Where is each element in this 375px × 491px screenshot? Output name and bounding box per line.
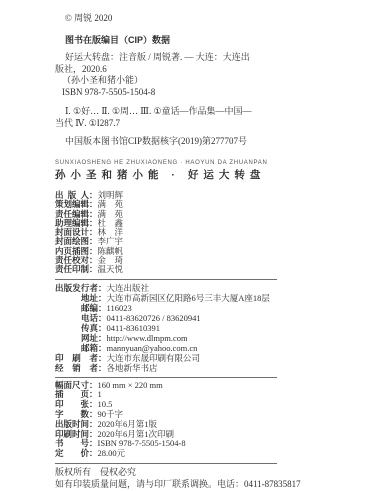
publisher-value: 0411-83620726 / 83620941 bbox=[107, 313, 201, 323]
publisher-label: 地址 bbox=[55, 293, 98, 303]
spec-value: ISBN 978-7-5505-1504-8 bbox=[98, 438, 186, 448]
label-colon: ： bbox=[89, 448, 98, 458]
notice-line2: 如有印装质量问题，请与印厂联系调换。电话：0411-87835817 bbox=[55, 479, 357, 491]
label-colon: ： bbox=[98, 283, 107, 293]
publisher-row: 邮箱：mannyuan@yahoo.com.cn bbox=[55, 343, 357, 353]
publisher-value: 大连市高新园区亿阳路6号三丰大厦A座18层 bbox=[107, 293, 270, 303]
publisher-row: 印刷者：大连市东晟印刷有限公司 bbox=[55, 353, 357, 363]
publisher-value: mannyuan@yahoo.com.cn bbox=[107, 343, 198, 353]
divider-rule bbox=[55, 377, 277, 378]
spec-value: 28.00元 bbox=[98, 448, 126, 458]
publisher-row: 邮编：116023 bbox=[55, 303, 357, 313]
staff-value: 温天悦 bbox=[98, 264, 124, 274]
publisher-label: 经销者 bbox=[55, 363, 98, 373]
book-title-pinyin: SUNXIAOSHENG HE ZHUXIAONENG · HAOYUN DA … bbox=[55, 159, 357, 167]
label-colon: ： bbox=[89, 264, 98, 274]
publisher-label: 传真 bbox=[55, 323, 98, 333]
label-colon: ： bbox=[89, 429, 98, 439]
publisher-row: 出版发行者：大连出版社 bbox=[55, 283, 357, 293]
cip-entry-line1: 好运大转盘：注音版 / 周锐著. — 大连：大连出 bbox=[65, 52, 357, 64]
spec-value: 1 bbox=[98, 389, 102, 399]
publisher-label: 电话 bbox=[55, 313, 98, 323]
copyright-page: © 周锐 2020 图书在版编目（CIP）数据 好运大转盘：注音版 / 周锐著.… bbox=[0, 0, 375, 490]
publisher-list: 出版发行者：大连出版社 地址：大连市高新园区亿阳路6号三丰大厦A座18层 邮编：… bbox=[55, 283, 357, 373]
specs-list: 幅面尺寸：160 mm × 220 mm 插页：1 印张：10.5 字数：90千… bbox=[55, 381, 357, 459]
label-colon: ： bbox=[89, 380, 98, 390]
cip-heading: 图书在版编目（CIP）数据 bbox=[65, 34, 357, 46]
publisher-value: 各地新华书店 bbox=[107, 363, 158, 373]
copyright-line: © 周锐 2020 bbox=[65, 12, 357, 24]
spec-label: 定价 bbox=[55, 449, 89, 459]
label-colon: ： bbox=[98, 363, 107, 373]
label-colon: ： bbox=[98, 343, 107, 353]
publisher-label: 出版发行者 bbox=[55, 283, 98, 293]
divider-rule bbox=[55, 279, 277, 280]
cip-entry-line2: 版社，2020.6 bbox=[55, 64, 357, 76]
publisher-value: 0411-83610391 bbox=[107, 323, 161, 333]
publisher-value: 大连出版社 bbox=[107, 283, 150, 293]
book-title-block: SUNXIAOSHENG HE ZHUXIAONENG · HAOYUN DA … bbox=[55, 159, 357, 182]
staff-list: 出版人：刘明辉 策划编辑：满 苑 责任编辑：满 苑 助理编辑：杜 鑫 封面设计：… bbox=[55, 191, 357, 275]
cip-classification-line1: Ⅰ. ①好… Ⅱ. ①周… Ⅲ. ①童话—作品集—中国— bbox=[65, 106, 357, 118]
staff-label: 责任印制 bbox=[55, 265, 89, 274]
publisher-value: 116023 bbox=[107, 303, 132, 313]
book-title-chinese: 孙小圣和猪小能 · 好运大转盘 bbox=[55, 169, 357, 182]
label-colon: ： bbox=[89, 419, 98, 429]
cip-classification: Ⅰ. ①好… Ⅱ. ①周… Ⅲ. ①童话—作品集—中国— 当代 Ⅳ. ①I287… bbox=[55, 106, 357, 129]
publisher-value: 大连市东晟印刷有限公司 bbox=[107, 353, 201, 363]
publisher-label: 邮编 bbox=[55, 303, 98, 313]
label-colon: ： bbox=[89, 438, 98, 448]
label-colon: ： bbox=[89, 399, 98, 409]
publisher-value: http://www.dlmpm.com bbox=[107, 333, 188, 343]
label-colon: ： bbox=[98, 313, 107, 323]
publisher-row: 传真：0411-83610391 bbox=[55, 323, 357, 333]
copyright-notice: 版权所有 侵权必究 如有印装质量问题，请与印厂联系调换。电话：0411-8783… bbox=[55, 467, 357, 490]
spec-value: 10.5 bbox=[98, 399, 113, 409]
publisher-row: 经销者：各地新华书店 bbox=[55, 363, 357, 373]
label-colon: ： bbox=[89, 389, 98, 399]
cip-record-number: 中国版本图书馆CIP数据核字(2019)第277707号 bbox=[65, 135, 357, 147]
label-colon: ： bbox=[98, 333, 107, 343]
spec-value: 90千字 bbox=[98, 409, 124, 419]
spec-row: 定价：28.00元 bbox=[55, 449, 357, 459]
cip-series-note: （孙小圣和猪小能） bbox=[62, 75, 357, 87]
publisher-row: 网址：http://www.dlmpm.com bbox=[55, 333, 357, 343]
label-colon: ： bbox=[98, 293, 107, 303]
spec-value: 2020年6月第1版 bbox=[98, 419, 158, 429]
cip-entry: 好运大转盘：注音版 / 周锐著. — 大连：大连出 版社，2020.6 （孙小圣… bbox=[55, 52, 357, 98]
spec-value: 160 mm × 220 mm bbox=[98, 380, 163, 390]
publisher-row: 电话：0411-83620726 / 83620941 bbox=[55, 313, 357, 323]
publisher-label: 印刷者 bbox=[55, 353, 98, 363]
cip-isbn: ISBN 978-7-5505-1504-8 bbox=[62, 87, 357, 99]
staff-row: 责任印制：温天悦 bbox=[55, 265, 357, 274]
divider-rule bbox=[55, 463, 277, 464]
publisher-row: 地址：大连市高新园区亿阳路6号三丰大厦A座18层 bbox=[55, 293, 357, 303]
label-colon: ： bbox=[98, 323, 107, 333]
spec-value: 2020年6月第1次印刷 bbox=[98, 429, 175, 439]
publisher-label: 邮箱 bbox=[55, 343, 98, 353]
label-colon: ： bbox=[98, 303, 107, 313]
notice-line1: 版权所有 侵权必究 bbox=[55, 467, 357, 479]
label-colon: ： bbox=[98, 353, 107, 363]
label-colon: ： bbox=[89, 409, 98, 419]
cip-classification-line2: 当代 Ⅳ. ①I287.7 bbox=[55, 118, 357, 130]
publisher-label: 网址 bbox=[55, 333, 98, 343]
